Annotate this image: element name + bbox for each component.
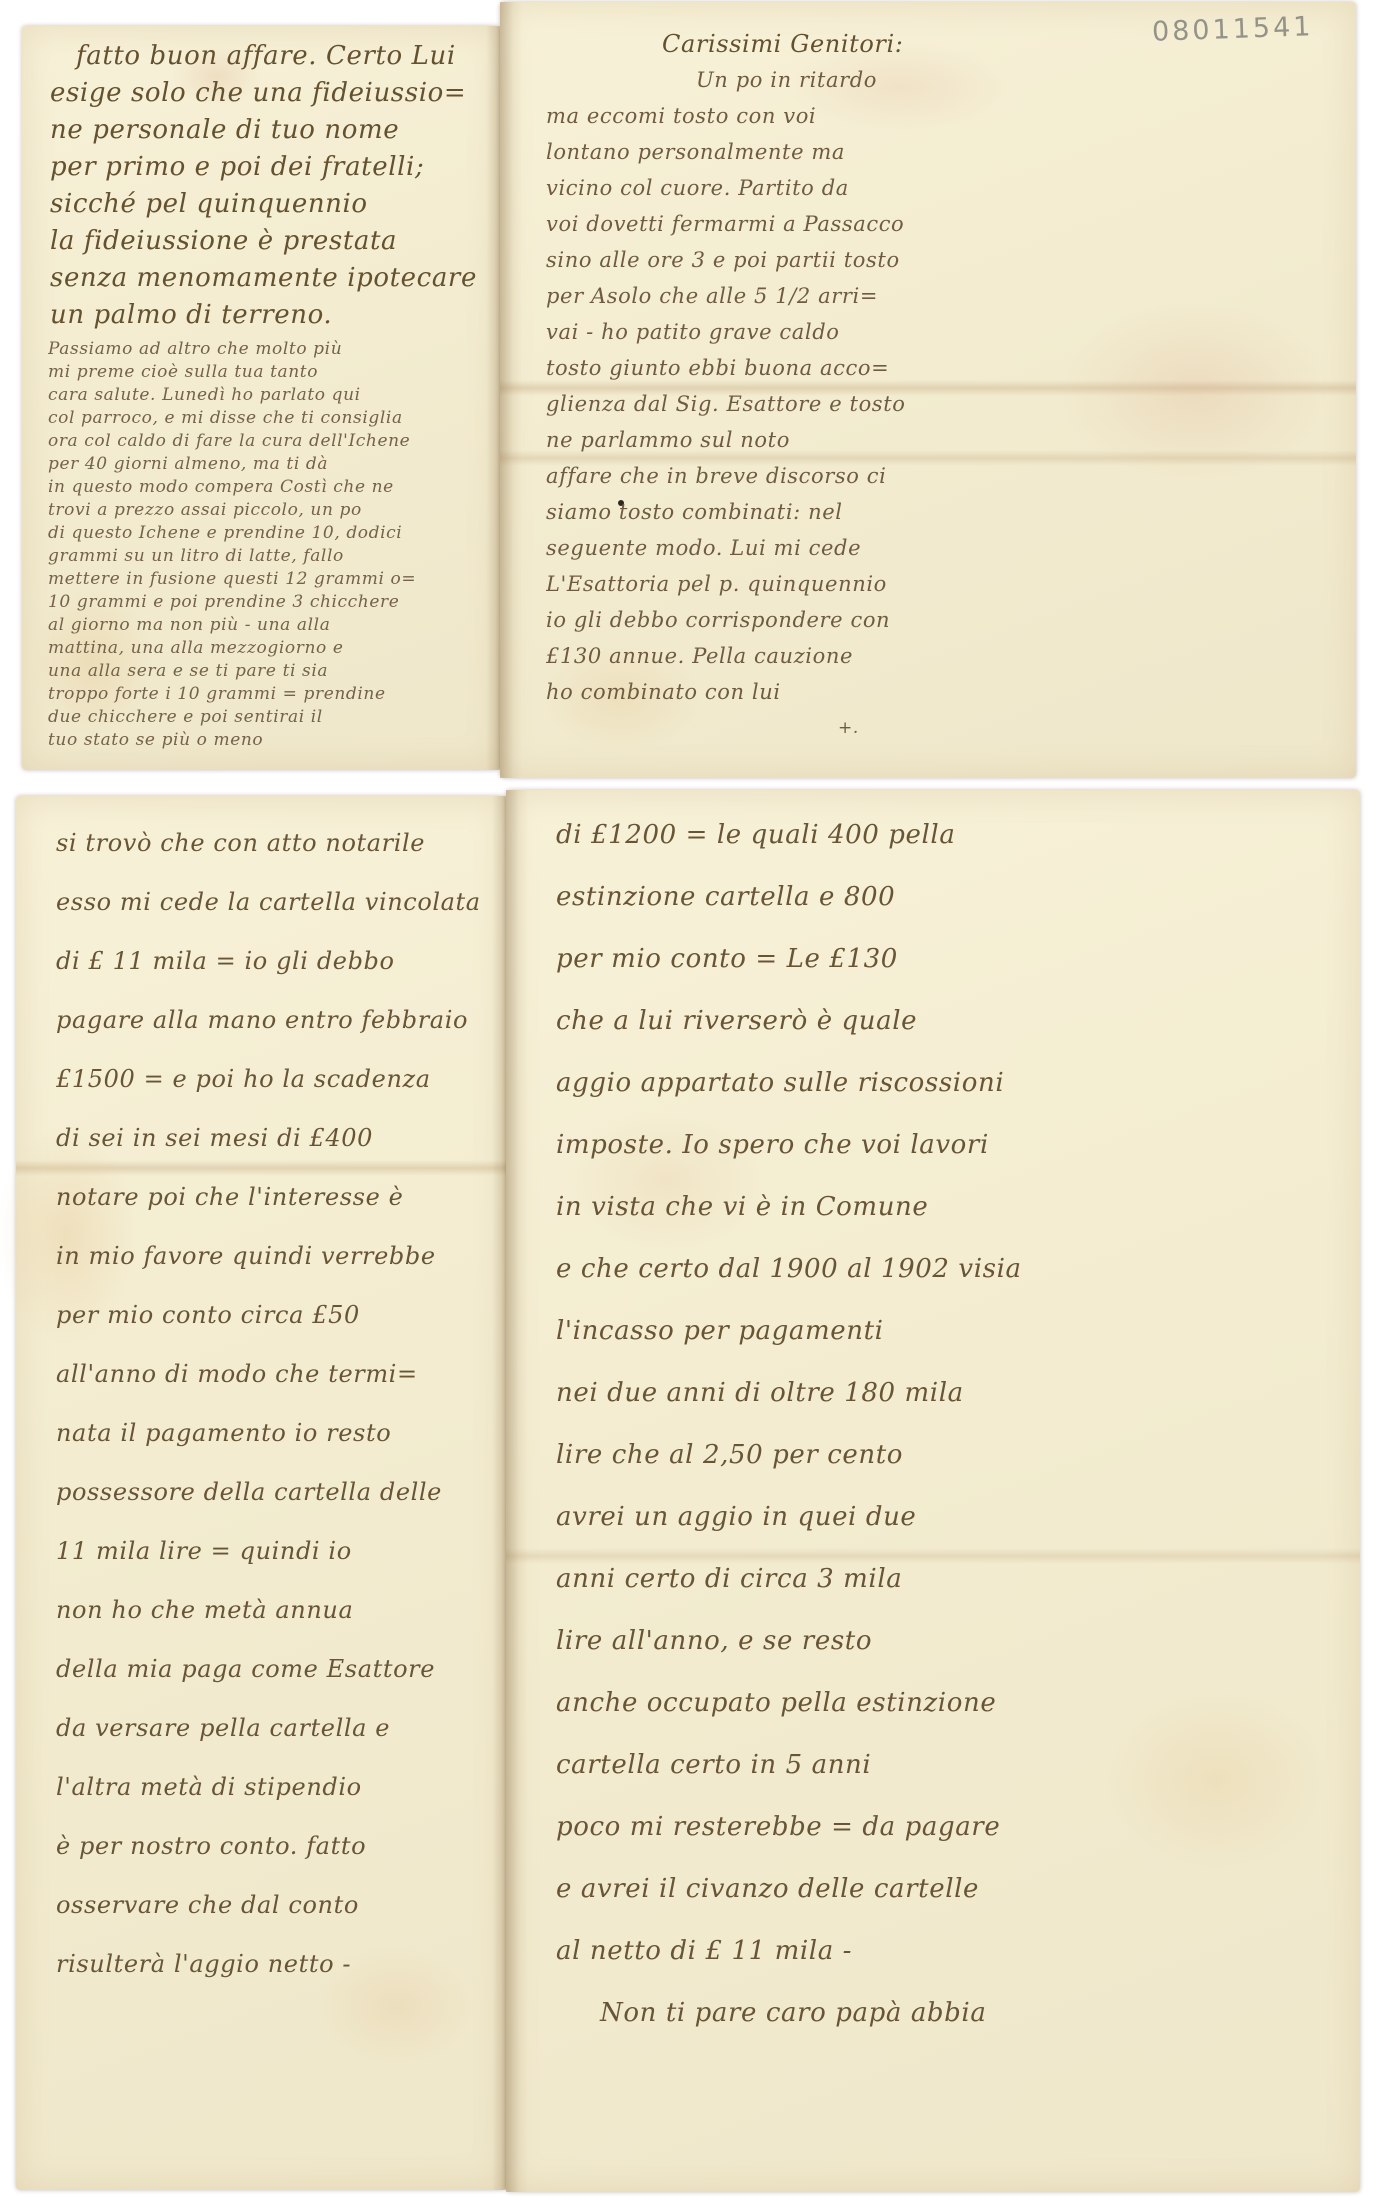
handwritten-line: io gli debbo corrispondere con (546, 602, 1016, 638)
handwritten-line: di £1200 = le quali 400 pella (556, 804, 1316, 866)
handwritten-line: Non ti pare caro papà abbia (600, 1982, 1316, 2044)
handwriting-block-page4: di £1200 = le quali 400 pellaestinzione … (556, 804, 1316, 2044)
handwritten-line: possessore della cartella delle (56, 1463, 496, 1522)
handwritten-line: al netto di £ 11 mila - (556, 1920, 1316, 1982)
handwritten-line: seguente modo. Lui mi cede (546, 530, 1016, 566)
handwritten-line: risulterà l'aggio netto - (56, 1935, 496, 1994)
handwritten-line: nata il pagamento io resto (56, 1404, 496, 1463)
archive-number-stamp: 08011541 (1152, 11, 1314, 48)
handwritten-line: per mio conto = Le £130 (556, 928, 1316, 990)
handwritten-line: fatto buon affare. Certo Lui (76, 38, 494, 75)
handwritten-line: avrei un aggio in quei due (556, 1486, 1316, 1548)
handwritten-line: di £ 11 mila = io gli debbo (56, 932, 496, 991)
handwritten-line: affare che in breve discorso ci (546, 458, 1016, 494)
handwritten-line: +. (838, 710, 1016, 746)
handwritten-line: è per nostro conto. fatto (56, 1817, 496, 1876)
handwritten-line: cartella certo in 5 anni (556, 1734, 1316, 1796)
handwritten-line: Un po in ritardo (696, 62, 1016, 98)
handwritten-line: in vista che vi è in Comune (556, 1176, 1316, 1238)
handwriting-block-page1-intro: fatto buon affare. Certo Luiesige solo c… (50, 38, 494, 334)
handwritten-line: troppo forte i 10 grammi = prendine (48, 683, 496, 706)
handwritten-line: tosto giunto ebbi buona acco= (546, 350, 1016, 386)
handwritten-line: £1500 = e poi ho la scadenza (56, 1050, 496, 1109)
letter-page-2: 08011541 Carissimi Genitori:Un po in rit… (500, 2, 1356, 778)
handwritten-line: in mio favore quindi verrebbe (56, 1227, 496, 1286)
handwritten-line: lontano personalmente ma (546, 134, 1016, 170)
handwritten-line: della mia paga come Esattore (56, 1640, 496, 1699)
handwritten-line: per mio conto circa £50 (56, 1286, 496, 1345)
handwritten-line: una alla sera e se ti pare ti sia (48, 660, 496, 683)
handwritten-line: ne parlammo sul noto (546, 422, 1016, 458)
handwritten-line: 10 grammi e poi prendine 3 chicchere (48, 591, 496, 614)
handwritten-line: anni certo di circa 3 mila (556, 1548, 1316, 1610)
handwritten-line: grammi su un litro di latte, fallo (48, 545, 496, 568)
handwritten-line: esige solo che una fideiussio= (50, 75, 494, 112)
handwritten-line: sino alle ore 3 e poi partii tosto (546, 242, 1016, 278)
handwritten-line: e che certo dal 1900 al 1902 visia (556, 1238, 1316, 1300)
handwritten-line: l'altra metà di stipendio (56, 1758, 496, 1817)
handwritten-line: £130 annue. Pella cauzione (546, 638, 1016, 674)
handwritten-line: col parroco, e mi disse che ti consiglia (48, 407, 496, 430)
handwritten-line: all'anno di modo che termi= (56, 1345, 496, 1404)
handwritten-line: poco mi resterebbe = da pagare (556, 1796, 1316, 1858)
handwritten-line: un palmo di terreno. (50, 297, 494, 334)
handwritten-line: L'Esattoria pel p. quinquennio (546, 566, 1016, 602)
letter-page-1: fatto buon affare. Certo Luiesige solo c… (22, 26, 500, 770)
handwritten-line: cara salute. Lunedì ho parlato qui (48, 384, 496, 407)
handwritten-line: ne personale di tuo nome (50, 112, 494, 149)
handwritten-line: estinzione cartella e 800 (556, 866, 1316, 928)
handwritten-line: vicino col cuore. Partito da (546, 170, 1016, 206)
handwritten-line: trovi a prezzo assai piccolo, un po (48, 499, 496, 522)
handwritten-line: vai - ho patito grave caldo (546, 314, 1016, 350)
handwritten-line: sicché pel quinquennio (50, 186, 494, 223)
handwritten-line: mi preme cioè sulla tua tanto (48, 361, 496, 384)
handwritten-line: ora col caldo di fare la cura dell'Ichen… (48, 430, 496, 453)
handwritten-line: e avrei il civanzo delle cartelle (556, 1858, 1316, 1920)
handwritten-line: per 40 giorni almeno, ma ti dà (48, 453, 496, 476)
handwritten-line: lire all'anno, e se resto (556, 1610, 1316, 1672)
handwritten-line: lire che al 2,50 per cento (556, 1424, 1316, 1486)
handwritten-line: nei due anni di oltre 180 mila (556, 1362, 1316, 1424)
handwritten-line: di sei in sei mesi di £400 (56, 1109, 496, 1168)
handwritten-line: anche occupato pella estinzione (556, 1672, 1316, 1734)
handwriting-block-page3: si trovò che con atto notarileesso mi ce… (56, 814, 496, 1994)
letter-page-4: di £1200 = le quali 400 pellaestinzione … (506, 790, 1360, 2192)
handwritten-line: imposte. Io spero che voi lavori (556, 1114, 1316, 1176)
letter-scan-canvas: fatto buon affare. Certo Luiesige solo c… (0, 0, 1379, 2198)
handwritten-line: siamo tosto combinati: nel (546, 494, 1016, 530)
handwritten-line: mattina, una alla mezzogiorno e (48, 637, 496, 660)
handwritten-line: al giorno ma non più - una alla (48, 614, 496, 637)
handwriting-block-page1-dense: Passiamo ad altro che molto piùmi preme … (48, 338, 496, 752)
handwritten-line: ho combinato con lui (546, 674, 1016, 710)
handwritten-line: di questo Ichene e prendine 10, dodici (48, 522, 496, 545)
handwritten-line: Passiamo ad altro che molto più (48, 338, 496, 361)
letter-page-3: si trovò che con atto notarileesso mi ce… (16, 796, 506, 2190)
handwritten-line: in questo modo compera Costì che ne (48, 476, 496, 499)
handwritten-line: osservare che dal conto (56, 1876, 496, 1935)
handwritten-line: per primo e poi dei fratelli; (50, 149, 494, 186)
handwritten-line: notare poi che l'interesse è (56, 1168, 496, 1227)
handwritten-line: senza menomamente ipotecare (50, 260, 494, 297)
handwritten-line: tuo stato se più o meno (48, 729, 496, 752)
handwritten-line: ma eccomi tosto con voi (546, 98, 1016, 134)
handwritten-line: due chicchere e poi sentirai il (48, 706, 496, 729)
handwritten-line: si trovò che con atto notarile (56, 814, 496, 873)
handwritten-line: Carissimi Genitori: (662, 26, 1016, 62)
handwritten-line: per Asolo che alle 5 1/2 arri= (546, 278, 1016, 314)
handwritten-line: che a lui riverserò è quale (556, 990, 1316, 1052)
handwritten-line: la fideiussione è prestata (50, 223, 494, 260)
handwritten-line: 11 mila lire = quindi io (56, 1522, 496, 1581)
handwritten-line: glienza dal Sig. Esattore e tosto (546, 386, 1016, 422)
handwritten-line: non ho che metà annua (56, 1581, 496, 1640)
handwritten-line: aggio appartato sulle riscossioni (556, 1052, 1316, 1114)
handwritten-line: mettere in fusione questi 12 grammi o= (48, 568, 496, 591)
handwritten-line: pagare alla mano entro febbraio (56, 991, 496, 1050)
handwritten-line: da versare pella cartella e (56, 1699, 496, 1758)
handwriting-block-page2: Carissimi Genitori:Un po in ritardoma ec… (546, 26, 1016, 746)
handwritten-line: voi dovetti fermarmi a Passacco (546, 206, 1016, 242)
handwritten-line: l'incasso per pagamenti (556, 1300, 1316, 1362)
handwritten-line: esso mi cede la cartella vincolata (56, 873, 496, 932)
